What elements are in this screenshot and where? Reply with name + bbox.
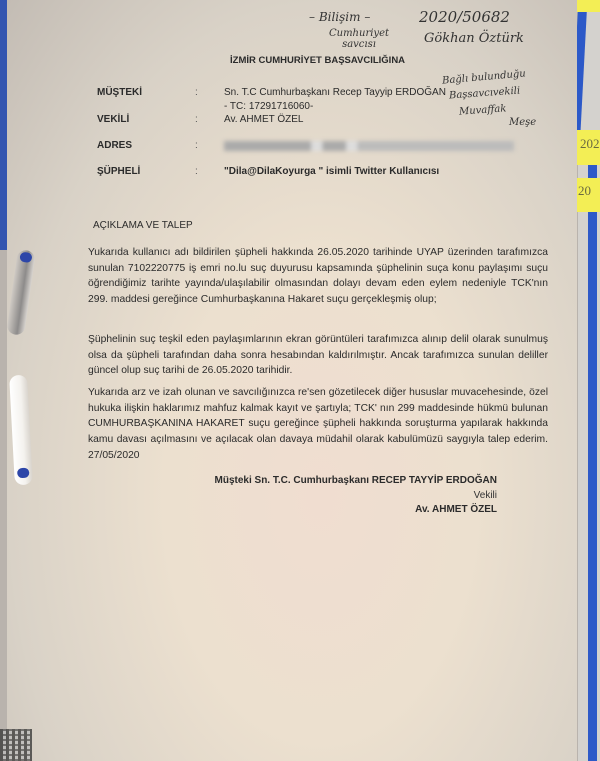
handwritten-prosecutor-name: Gökhan Öztürk — [424, 30, 554, 48]
field-label-musteki: MÜŞTEKİ — [97, 87, 142, 98]
paragraph-3: Yukarıda arz ve izah olunan ve savcılığı… — [88, 385, 548, 464]
handwritten-deputy-3: Muvaffak — [459, 103, 507, 117]
section-heading: AÇIKLAMA VE TALEP — [93, 220, 193, 231]
qr-code — [0, 729, 32, 761]
handwritten-case-number: 2020/50682 — [419, 8, 510, 26]
handwritten-deputy-1: Bağlı bulunduğu — [442, 68, 527, 86]
field-value-supheli: "Dila@DilaKoyurga " isimli Twitter Kulla… — [224, 166, 439, 177]
document-addressee: İZMİR CUMHURİYET BAŞSAVCILIĞINA — [230, 55, 405, 66]
paragraph-1: Yukarıda kullanıcı adı bildirilen şüphel… — [88, 245, 548, 308]
document-page: – Bilişim – 2020/50682 Cumhuriyet savcıs… — [7, 0, 577, 761]
field-colon: : — [195, 87, 198, 98]
field-value-musteki: Sn. T.C Cumhurbaşkanı Recep Tayyip ERDOĞ… — [224, 87, 446, 98]
sticky-note-1: 202 — [574, 130, 600, 165]
handwritten-deputy-2: Başsavcıvekili — [449, 86, 521, 102]
signature-line-2: Vekili — [474, 490, 497, 501]
field-colon: : — [195, 140, 198, 151]
field-label-supheli: ŞÜPHELİ — [97, 166, 140, 177]
folder-stripe-right-lower — [588, 130, 597, 761]
signature-line-1: Müşteki Sn. T.C. Cumhurbaşkanı RECEP TAY… — [215, 475, 497, 486]
sticky-note-top — [574, 0, 600, 12]
signature-line-3: Av. AHMET ÖZEL — [415, 504, 497, 515]
paragraph-2: Şüphelinin suç teşkil eden paylaşımların… — [88, 332, 548, 379]
folder-edge-left — [0, 0, 7, 250]
handwritten-prosecutor-title: Cumhuriyet savcısı — [324, 28, 394, 50]
field-colon: : — [195, 166, 198, 177]
field-value-tc: - TC: 17291716060- — [224, 101, 313, 112]
handwritten-deputy-4: Meşe — [509, 117, 536, 128]
field-label-vekili: VEKİLİ — [97, 114, 129, 125]
redacted-address — [224, 141, 514, 151]
field-label-adres: ADRES — [97, 140, 132, 151]
handwritten-label: – Bilişim – — [309, 10, 370, 24]
field-value-vekili: Av. AHMET ÖZEL — [224, 114, 303, 125]
field-colon: : — [195, 114, 198, 125]
